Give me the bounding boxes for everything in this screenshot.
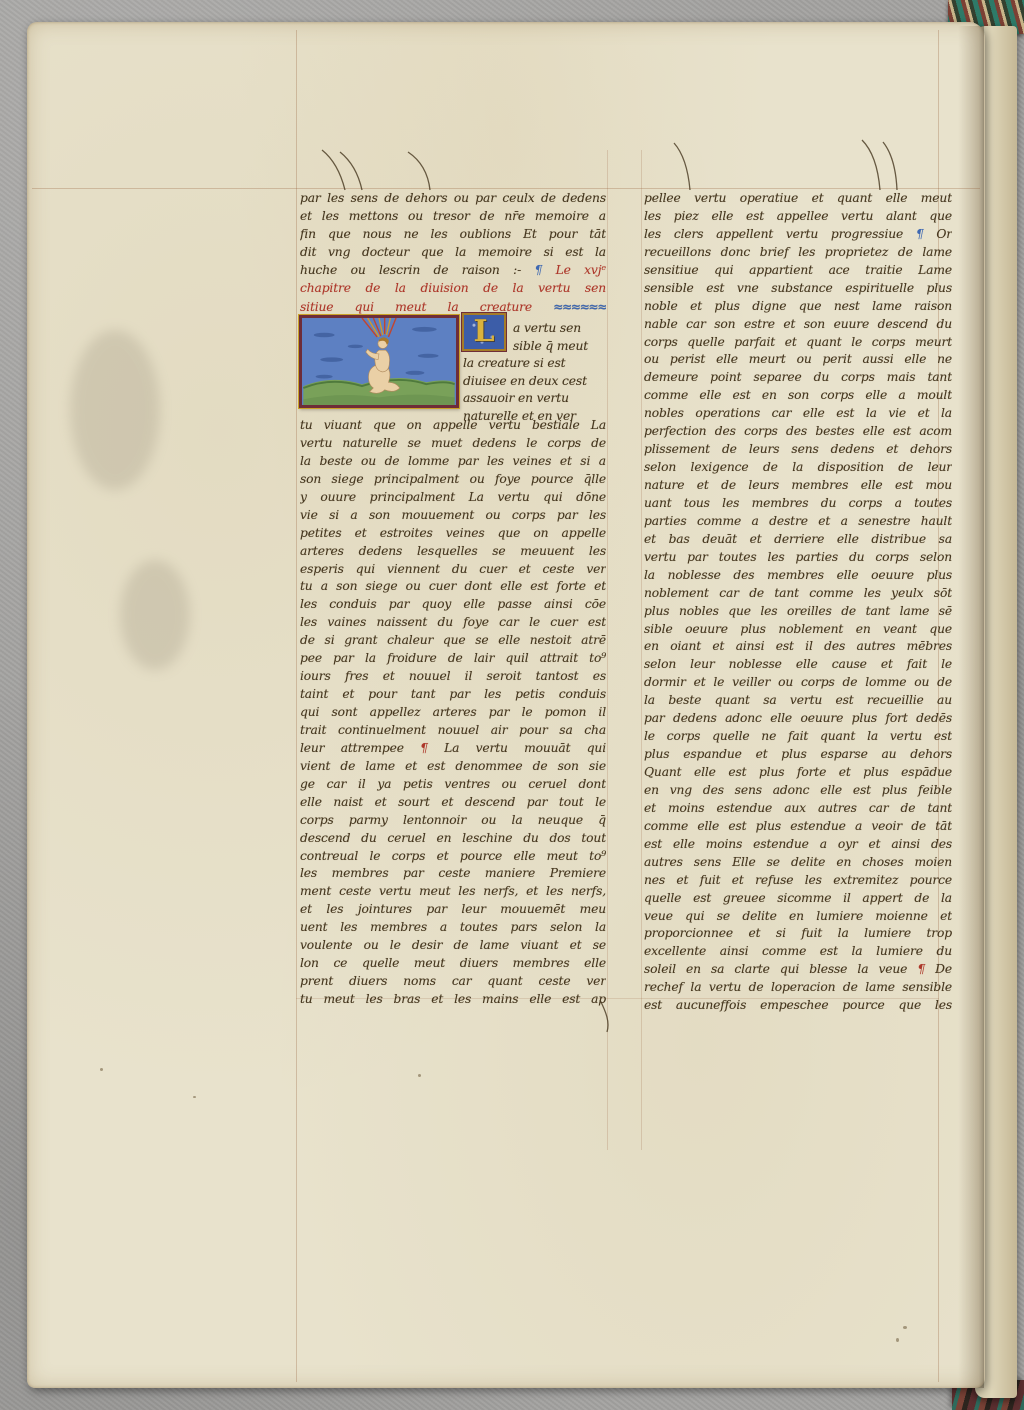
text-line: sible q̄ meut bbox=[463, 338, 606, 356]
text-line: la beste quant sa vertu est recueillie a… bbox=[644, 692, 952, 710]
gutter-shadow bbox=[958, 26, 984, 1388]
body-text: descend du ceruel en leschine du dos tou… bbox=[300, 831, 606, 845]
body-text: uant tous les membres du corps a toutes bbox=[644, 496, 952, 510]
body-text: vie si a son mouuement ou corps par les bbox=[300, 508, 606, 522]
text-line: selon lexigence de la disposition de leu… bbox=[644, 459, 952, 477]
body-text: selon leur noblesse elle cause et fait l… bbox=[644, 657, 952, 671]
text-line: uent les membres a toutes pars selon la bbox=[300, 919, 606, 937]
pilcrow: ¶ bbox=[535, 263, 556, 277]
manuscript-photograph: L par les sens de dehors ou par ceulx de… bbox=[0, 0, 1024, 1410]
body-text: demeure point separee du corps mais tant bbox=[644, 370, 952, 384]
text-line: vertu naturelle se muet dedens le corps … bbox=[300, 435, 606, 453]
text-line: corps parmy lentonnoir ou la neuque q̄ bbox=[300, 812, 606, 830]
text-line: fin que nous ne les oublions Et pour tāt bbox=[300, 226, 606, 244]
text-line: tu a son siege ou cuer dont elle est for… bbox=[300, 578, 606, 596]
text-line: tu viuant que on appelle vertu bestiale … bbox=[300, 417, 606, 435]
text-line: autres sens Elle se delite en choses moi… bbox=[644, 854, 952, 872]
body-text: en oiant et ainsi est il des autres mēbr… bbox=[644, 639, 952, 653]
text-line: est aucuneffois empeschee pource que les bbox=[644, 997, 952, 1015]
text-line: les conduis par quoy elle passe ainsi cō… bbox=[300, 596, 606, 614]
body-text: est aucuneffois empeschee pource que les bbox=[644, 998, 952, 1012]
text-line: dormir et le veiller ou corps de lomme o… bbox=[644, 674, 952, 692]
body-text: les vaines naissent du foye car le cuer … bbox=[300, 615, 606, 629]
text-line: et bas deuāt et derriere elle distribue … bbox=[644, 531, 952, 549]
text-line: et les mettons ou tresor de nr̄e memoire… bbox=[300, 208, 606, 226]
text-line: les vaines naissent du foye car le cuer … bbox=[300, 614, 606, 632]
text-line: prent diuers noms car quant ceste ver bbox=[300, 973, 606, 991]
text-line: selon leur noblesse elle cause et fait l… bbox=[644, 656, 952, 674]
text-line: plissement de leurs sens dedens et dehor… bbox=[644, 441, 952, 459]
body-text: vient de lame et est denommee de son sie bbox=[300, 759, 606, 773]
left-column-beside-miniature: a vertu sensible q̄ meutla creature si e… bbox=[463, 320, 606, 425]
text-line: leur attrempee ¶ La vertu mouuāt qui bbox=[300, 740, 606, 758]
text-line: diuisee en deux cest bbox=[463, 373, 606, 391]
body-text: noble et plus digne que nest lame raison bbox=[644, 299, 952, 313]
body-text: les membres par ceste maniere Premiere bbox=[300, 866, 606, 880]
body-text: par les sens de dehors ou par ceulx de d… bbox=[300, 191, 606, 205]
text-line: les piez elle est appellee vertu alant q… bbox=[644, 208, 952, 226]
text-line: nes et fuit et refuse les extremitez pou… bbox=[644, 872, 952, 890]
text-line: comme elle est en son corps elle a moult bbox=[644, 387, 952, 405]
body-text: plus espandue et plus esparse au dehors bbox=[644, 747, 952, 761]
body-text: est elle moins estendue a oyr et ainsi d… bbox=[644, 837, 952, 851]
body-text: Or bbox=[936, 227, 952, 241]
body-text: la beste ou de lomme par les veines et s… bbox=[300, 454, 606, 468]
text-line: a vertu sen bbox=[463, 320, 606, 338]
text-line: la noblesse des membres elle oeuure plus bbox=[644, 567, 952, 585]
text-line: petites et estroites veines que on appel… bbox=[300, 525, 606, 543]
left-column-lower: tu viuant que on appelle vertu bestiale … bbox=[300, 417, 606, 1009]
body-text: qui sont appellez arteres par le pomon i… bbox=[300, 705, 606, 719]
text-line: sitiue qui meut la creature ≈≈≈≈≈≈ bbox=[300, 298, 606, 316]
body-text: et bas deuāt et derriere elle distribue … bbox=[644, 532, 952, 546]
body-text: ge car il ya petis ventres ou ceruel don… bbox=[300, 777, 606, 791]
body-text: diuisee en deux cest bbox=[463, 374, 587, 388]
body-text: corps quelle parfait et quant le corps m… bbox=[644, 335, 952, 349]
ink-speck bbox=[100, 1068, 103, 1071]
text-line: quelle est greuee sicomme il appert de l… bbox=[644, 890, 952, 908]
body-text: comme elle est en son corps elle a moult bbox=[644, 388, 952, 402]
ink-speck bbox=[896, 1338, 899, 1342]
text-line: contreual le corps et pource elle meut t… bbox=[300, 848, 606, 866]
body-text: De bbox=[935, 962, 952, 976]
text-line: trait continuelment nouuel air pour sa c… bbox=[300, 722, 606, 740]
body-text: la beste quant sa vertu est recueillie a… bbox=[644, 693, 952, 707]
body-text: plus nobles que les oreilles de tant lam… bbox=[644, 604, 952, 618]
text-line: veue qui se delite en lumiere moienne et bbox=[644, 908, 952, 926]
body-text: et les jointures par leur mouuemēt meu bbox=[300, 902, 606, 916]
text-line: les membres par ceste maniere Premiere bbox=[300, 865, 606, 883]
body-text: esperis qui viennent du cuer et ceste ve… bbox=[300, 562, 606, 576]
text-line: sible oeuure plus noblement en veant que bbox=[644, 621, 952, 639]
body-text: tu meut les bras et les mains elle est a… bbox=[300, 992, 606, 1006]
text-line: nable car son estre et son euure descend… bbox=[644, 316, 952, 334]
body-text: fin que nous ne les oublions Et pour tāt bbox=[300, 227, 606, 241]
body-text: pellee vertu operatiue et quant elle meu… bbox=[644, 191, 952, 205]
miniature-scene bbox=[302, 318, 456, 405]
ruling-line-vertical bbox=[641, 150, 642, 1150]
text-line: noblement car de tant comme les yeulx sō… bbox=[644, 585, 952, 603]
text-line: arteres dedens lesquelles se meuuent les bbox=[300, 543, 606, 561]
text-line: rechef la vertu de loperacion de lame se… bbox=[644, 979, 952, 997]
body-text: les clers appellent vertu progressiue bbox=[644, 227, 916, 241]
body-text: de si grant chaleur que se elle nestoit … bbox=[300, 633, 606, 647]
body-text: excellente ainsi comme est la lumiere du bbox=[644, 944, 952, 958]
body-text: trait continuelment nouuel air pour sa c… bbox=[300, 723, 606, 737]
body-text: nable car son estre et son euure descend… bbox=[644, 317, 952, 331]
body-text: pee par la froidure de lair quil attrait… bbox=[300, 651, 606, 665]
body-text: tu a son siege ou cuer dont elle est for… bbox=[300, 579, 606, 593]
body-text: selon lexigence de la disposition de leu… bbox=[644, 460, 952, 474]
body-text: iours fres et nouuel il seroit tantost e… bbox=[300, 669, 606, 683]
text-line: dit vng docteur que la memoire si est la bbox=[300, 244, 606, 262]
body-text: sensible est vne substance espirituelle … bbox=[644, 281, 952, 295]
text-line: Quant elle est plus forte et plus espādu… bbox=[644, 764, 952, 782]
body-text: plissement de leurs sens dedens et dehor… bbox=[644, 442, 952, 456]
body-text: arteres dedens lesquelles se meuuent les bbox=[300, 544, 606, 558]
body-text: son siege principalment ou foye pource q… bbox=[300, 472, 606, 486]
text-line: lon ce quelle meut diuers membres elle bbox=[300, 955, 606, 973]
show-through-smudge bbox=[70, 330, 160, 490]
text-line: par les sens de dehors ou par ceulx de d… bbox=[300, 190, 606, 208]
text-line: est elle moins estendue a oyr et ainsi d… bbox=[644, 836, 952, 854]
text-line: assauoir en vertu bbox=[463, 390, 606, 408]
ruling-line-horizontal bbox=[32, 188, 980, 189]
text-line: tu meut les bras et les mains elle est a… bbox=[300, 991, 606, 1009]
text-line: taint et pour tant par les petis conduis bbox=[300, 686, 606, 704]
text-line: parties comme a destre et a senestre hau… bbox=[644, 513, 952, 531]
text-line: noble et plus digne que nest lame raison bbox=[644, 298, 952, 316]
text-line: demeure point separee du corps mais tant bbox=[644, 369, 952, 387]
text-line: et les jointures par leur mouuemēt meu bbox=[300, 901, 606, 919]
body-text: y ouure principalment La vertu qui dōne bbox=[300, 490, 606, 504]
text-line: ge car il ya petis ventres ou ceruel don… bbox=[300, 776, 606, 794]
body-text: ou perist elle meurt ou perit aussi elle… bbox=[644, 352, 952, 366]
text-line: vertu par toutes les parties du corps se… bbox=[644, 549, 952, 567]
body-text: quelle est greuee sicomme il appert de l… bbox=[644, 891, 952, 905]
body-text: et moins estendue aux autres car de tant bbox=[644, 801, 952, 815]
pilcrow: ¶ bbox=[916, 227, 936, 241]
text-line: qui sont appellez arteres par le pomon i… bbox=[300, 704, 606, 722]
text-line: descend du ceruel en leschine du dos tou… bbox=[300, 830, 606, 848]
body-text: nes et fuit et refuse les extremitez pou… bbox=[644, 873, 952, 887]
text-line: sensitiue qui appartient ace traitie Lam… bbox=[644, 262, 952, 280]
text-line: pellee vertu operatiue et quant elle meu… bbox=[644, 190, 952, 208]
text-line: la creature si est bbox=[463, 355, 606, 373]
body-text: parties comme a destre et a senestre hau… bbox=[644, 514, 952, 528]
body-text: dit vng docteur que la memoire si est la bbox=[300, 245, 606, 259]
text-line: les clers appellent vertu progressiue ¶ … bbox=[644, 226, 952, 244]
text-line: la beste ou de lomme par les veines et s… bbox=[300, 453, 606, 471]
body-text: leur attrempee bbox=[300, 741, 420, 755]
body-text: taint et pour tant par les petis conduis bbox=[300, 687, 606, 701]
text-line: par dedens adonc elle oeuure plus fort d… bbox=[644, 710, 952, 728]
rubric-text: sitiue qui meut la creature bbox=[300, 300, 553, 314]
text-line: plus espandue et plus esparse au dehors bbox=[644, 746, 952, 764]
body-text: veue qui se delite en lumiere moienne et bbox=[644, 909, 952, 923]
text-line: en oiant et ainsi est il des autres mēbr… bbox=[644, 638, 952, 656]
body-text: les conduis par quoy elle passe ainsi cō… bbox=[300, 597, 606, 611]
text-line: uant tous les membres du corps a toutes bbox=[644, 495, 952, 513]
text-line: iours fres et nouuel il seroit tantost e… bbox=[300, 668, 606, 686]
miniature-illustration bbox=[299, 315, 459, 408]
text-line: son siege principalment ou foye pource q… bbox=[300, 471, 606, 489]
text-line: le corps quelle ne fait quant la vertu e… bbox=[644, 728, 952, 746]
body-text: dormir et le veiller ou corps de lomme o… bbox=[644, 675, 952, 689]
body-text: par dedens adonc elle oeuure plus fort d… bbox=[644, 711, 952, 725]
text-line: sensible est vne substance espirituelle … bbox=[644, 280, 952, 298]
text-line: plus nobles que les oreilles de tant lam… bbox=[644, 603, 952, 621]
text-line: esperis qui viennent du cuer et ceste ve… bbox=[300, 561, 606, 579]
body-text: proporcionnee et si fuit la lumiere trop bbox=[644, 926, 952, 940]
text-line: elle naist et sourt et descend par tout … bbox=[300, 794, 606, 812]
body-text: la noblesse des membres elle oeuure plus bbox=[644, 568, 952, 582]
ruling-line-vertical bbox=[607, 150, 608, 1150]
body-text: petites et estroites veines que on appel… bbox=[300, 526, 606, 540]
text-line: perfection des corps des bestes elle est… bbox=[644, 423, 952, 441]
body-text: assauoir en vertu bbox=[463, 391, 569, 405]
text-line: chapitre de la diuision de la vertu sen bbox=[300, 280, 606, 298]
body-text: le corps quelle ne fait quant la vertu e… bbox=[644, 729, 952, 743]
text-line: corps quelle parfait et quant le corps m… bbox=[644, 334, 952, 352]
rubric-text: Le xvjᵉ bbox=[556, 263, 606, 277]
body-text: recueillons donc brief les proprietez de… bbox=[644, 245, 952, 259]
body-text: et les mettons ou tresor de nr̄e memoire… bbox=[300, 209, 606, 223]
text-line: et moins estendue aux autres car de tant bbox=[644, 800, 952, 818]
show-through-smudge bbox=[120, 560, 190, 670]
ruling-line-vertical bbox=[296, 30, 297, 1382]
text-line: huche ou lescrin de raison :- ¶ Le xvjᵉ bbox=[300, 262, 606, 280]
text-line: soleil en sa clarte qui blesse la veue ¶… bbox=[644, 961, 952, 979]
rubric-text: chapitre de la diuision de la vertu sen bbox=[300, 281, 606, 295]
body-text: La vertu mouuāt qui bbox=[444, 741, 606, 755]
text-line: ment ceste vertu meut les nerfs, et les … bbox=[300, 883, 606, 901]
ink-speck bbox=[903, 1326, 907, 1329]
left-column-upper: par les sens de dehors ou par ceulx de d… bbox=[300, 190, 606, 316]
text-line: voulente ou le desir de lame viuant et s… bbox=[300, 937, 606, 955]
body-text: perfection des corps des bestes elle est… bbox=[644, 424, 952, 438]
body-text: ment ceste vertu meut les nerfs, et les … bbox=[300, 884, 606, 898]
body-text: a vertu sen bbox=[513, 321, 581, 335]
rubric-text: ¶ bbox=[917, 962, 935, 976]
body-text: la creature si est bbox=[463, 356, 565, 370]
body-text: vertu naturelle se muet dedens le corps … bbox=[300, 436, 606, 450]
text-line: vie si a son mouuement ou corps par les bbox=[300, 507, 606, 525]
body-text: autres sens Elle se delite en choses moi… bbox=[644, 855, 952, 869]
figure-torso bbox=[375, 350, 390, 372]
body-text: sible q̄ meut bbox=[513, 339, 588, 353]
body-text: lon ce quelle meut diuers membres elle bbox=[300, 956, 606, 970]
body-text: noblement car de tant comme les yeulx sō… bbox=[644, 586, 952, 600]
text-line: recueillons donc brief les proprietez de… bbox=[644, 244, 952, 262]
body-text: sensitiue qui appartient ace traitie Lam… bbox=[644, 263, 952, 277]
body-text: uent les membres a toutes pars selon la bbox=[300, 920, 606, 934]
text-line: ou perist elle meurt ou perit aussi elle… bbox=[644, 351, 952, 369]
body-text: elle naist et sourt et descend par tout … bbox=[300, 795, 606, 809]
body-text: prent diuers noms car quant ceste ver bbox=[300, 974, 606, 988]
body-text: les piez elle est appellee vertu alant q… bbox=[644, 209, 952, 223]
body-text: Quant elle est plus forte et plus espādu… bbox=[644, 765, 952, 779]
body-text: nobles operations car elle est la vie et… bbox=[644, 406, 952, 420]
body-text: contreual le corps et pource elle meut t… bbox=[300, 849, 606, 863]
text-line: vient de lame et est denommee de son sie bbox=[300, 758, 606, 776]
body-text: sible oeuure plus noblement en veant que bbox=[644, 622, 952, 636]
body-text: huche ou lescrin de raison :- bbox=[300, 263, 535, 277]
text-line: y ouure principalment La vertu qui dōne bbox=[300, 489, 606, 507]
body-text: tu viuant que on appelle vertu bestiale … bbox=[300, 418, 606, 432]
right-column: pellee vertu operatiue et quant elle meu… bbox=[644, 190, 952, 1015]
body-text: vertu par toutes les parties du corps se… bbox=[644, 550, 952, 564]
text-line: nature et de leurs membres elle est mou bbox=[644, 477, 952, 495]
text-line: pee par la froidure de lair quil attrait… bbox=[300, 650, 606, 668]
body-text: en vng des sens adonc elle est plus feib… bbox=[644, 783, 952, 797]
text-line: comme elle est plus estendue a veoir de … bbox=[644, 818, 952, 836]
ink-speck bbox=[418, 1074, 421, 1077]
line-filler: ≈≈≈≈≈≈ bbox=[553, 299, 606, 314]
text-line: excellente ainsi comme est la lumiere du bbox=[644, 943, 952, 961]
body-text: rechef la vertu de loperacion de lame se… bbox=[644, 980, 952, 994]
text-line: de si grant chaleur que se elle nestoit … bbox=[300, 632, 606, 650]
body-text: soleil en sa clarte qui blesse la veue bbox=[644, 962, 917, 976]
body-text: nature et de leurs membres elle est mou bbox=[644, 478, 952, 492]
body-text: corps parmy lentonnoir ou la neuque q̄ bbox=[300, 813, 606, 827]
text-line: en vng des sens adonc elle est plus feib… bbox=[644, 782, 952, 800]
body-text: comme elle est plus estendue a veoir de … bbox=[644, 819, 952, 833]
body-text: voulente ou le desir de lame viuant et s… bbox=[300, 938, 606, 952]
text-line: nobles operations car elle est la vie et… bbox=[644, 405, 952, 423]
ink-speck bbox=[193, 1096, 196, 1098]
rubric-text: ¶ bbox=[420, 741, 444, 755]
text-line: proporcionnee et si fuit la lumiere trop bbox=[644, 925, 952, 943]
